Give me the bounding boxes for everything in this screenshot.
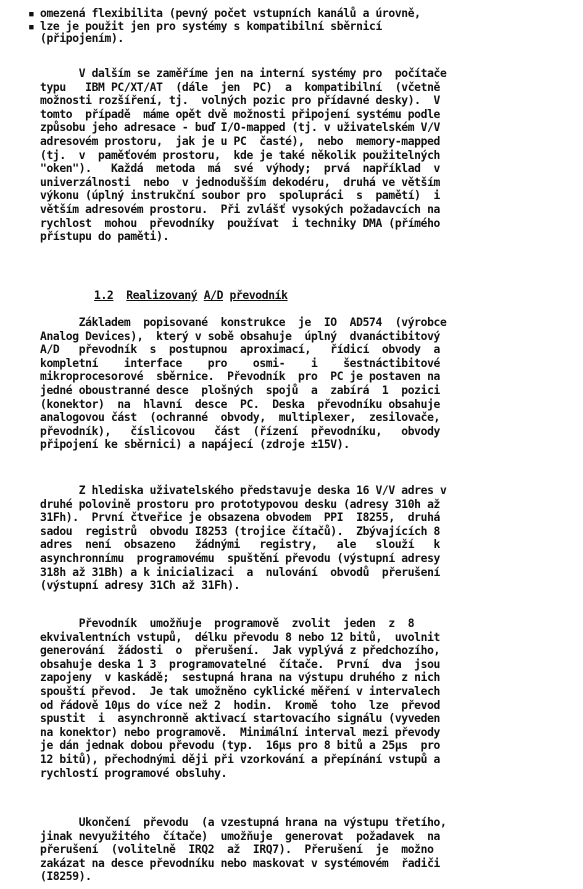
- text-line: spouští převod. Je tak umožněno cyklické…: [40, 685, 540, 698]
- text-line: (I8259).: [40, 870, 540, 883]
- section-heading: 1.2 Realizovaný A/D převodník: [94, 289, 583, 302]
- text-line: zakázat na desce převodníku nebo maskova…: [40, 857, 540, 870]
- text-line: adres není obsazeno žádnými registry, al…: [40, 538, 540, 551]
- bullet-icon: [28, 32, 40, 45]
- text-line: přístupu do paměti).: [40, 230, 540, 243]
- text-line: na konektor) nebo programově. Minimální …: [40, 726, 540, 739]
- text-line: zapojeny v kaskádě; sestupná hrana na vý…: [40, 671, 540, 684]
- text-line: druhé polovině prostoru pro prototypovou…: [40, 498, 540, 511]
- text-line: Ukončení převodu (a vzestupná hrana na v…: [40, 816, 540, 829]
- section-title-word: převodník: [230, 289, 288, 302]
- bullet-text: omezená flexibilita (pevný počet vstupní…: [40, 7, 421, 20]
- text-line: (tj. v paměťovém prostoru, kde je také n…: [40, 149, 540, 162]
- bullet-icon: ▪: [28, 7, 40, 20]
- text-line: univerzálnosti nebo v jednodušším dekodé…: [40, 176, 540, 189]
- text-line: 318h až 31Bh) a k inicializaci a nulován…: [40, 566, 540, 579]
- text-line: Základem popisované konstrukce je IO AD5…: [40, 316, 540, 329]
- bullet-text: lze je použit jen pro systémy s kompatib…: [40, 20, 382, 33]
- section-number: 1.2: [94, 289, 113, 302]
- text-line: možnosti rozšíření, tj. volných pozic pr…: [40, 94, 540, 107]
- section-title-word: Realizovaný: [126, 289, 197, 302]
- text-line: 31Fh). První čtveřice je obsazena obvode…: [40, 511, 540, 524]
- document-page: ▪omezená flexibilita (pevný počet vstupn…: [0, 0, 583, 889]
- text-line: jinak nevyužitého čítače) umožňuje gener…: [40, 830, 540, 843]
- text-line: typu IBM PC/XT/AT (dále jen PC) a kompat…: [40, 81, 540, 94]
- text-line: přerušení (volitelně IRQ2 až IRQ7). Přer…: [40, 843, 540, 856]
- text-line: výkonu (úplný instrukční soubor pro spol…: [40, 189, 540, 202]
- bullet-icon: ▪: [28, 20, 40, 33]
- section-title-word: A/D: [204, 289, 223, 302]
- text-line: kompletní interface pro osmi- i šestnáct…: [40, 357, 540, 370]
- text-line: spustit i asynchronně aktivací startovac…: [40, 712, 540, 725]
- text-line: ekvivalentních vstupů, délku převodu 8 n…: [40, 631, 540, 644]
- text-line: rychlostí programové obsluhy.: [40, 767, 540, 780]
- text-line: jedné oboustranné desce plošných spojů a…: [40, 384, 540, 397]
- text-line: "oken"). Každá metoda má své výhody; prv…: [40, 162, 540, 175]
- text-line: převodník), číslicovou část (řízení přev…: [40, 425, 540, 438]
- text-line: rychlost mohou převodníky používat i tec…: [40, 217, 540, 230]
- text-line: A/D převodník s postupnou aproximací, ří…: [40, 343, 540, 356]
- text-line: tomto případě máme opět dvě možnosti při…: [40, 108, 540, 121]
- text-line: (konektor) na hlavní desce PC. Deska pře…: [40, 398, 540, 411]
- text-line: 12 bitů), přechodnými ději při vzorkován…: [40, 753, 540, 766]
- text-line: obsahuje deska 1 3 programovatelné čítač…: [40, 658, 540, 671]
- text-line: větším adresovém prostoru. Při zvlášť vy…: [40, 203, 540, 216]
- text-line: od řádově 10μs do více než 2 hodin. Krom…: [40, 699, 540, 712]
- text-line: asynchronnímu programovému spuštění přev…: [40, 552, 540, 565]
- bullet-text: (připojením).: [40, 32, 124, 45]
- text-line: generování žádosti o přerušení. Jak vypl…: [40, 644, 540, 657]
- text-line: je dán jednak dobou převodu (typ. 16μs p…: [40, 739, 540, 752]
- bullet-item: ▪lze je použit jen pro systémy s kompati…: [28, 20, 528, 33]
- text-line: V dalším se zaměříme jen na interní syst…: [40, 67, 540, 80]
- text-line: Převodník umožňuje programově zvolit jed…: [40, 617, 540, 630]
- text-line: sadou registrů obvodu I8253 (trojice čít…: [40, 525, 540, 538]
- text-line: způsobu jeho adresace - buď I/O-mapped (…: [40, 121, 540, 134]
- text-line: Z hlediska uživatelského představuje des…: [40, 484, 540, 497]
- bullet-item: ▪omezená flexibilita (pevný počet vstupn…: [28, 7, 528, 20]
- text-line: analogovou část (ochranné obvody, multip…: [40, 411, 540, 424]
- bullet-item: (připojením).: [28, 32, 528, 45]
- text-line: mikroprocesorové sběrnice. Převodník pro…: [40, 370, 540, 383]
- text-line: adresovém prostoru, jak je u PC časté), …: [40, 135, 540, 148]
- text-line: Analog Devices), který v sobě obsahuje ú…: [40, 330, 540, 343]
- text-line: (výstupní adresy 31Ch až 31Fh).: [40, 579, 540, 592]
- text-line: připojení ke sběrnici) a napájecí (zdroj…: [40, 438, 540, 451]
